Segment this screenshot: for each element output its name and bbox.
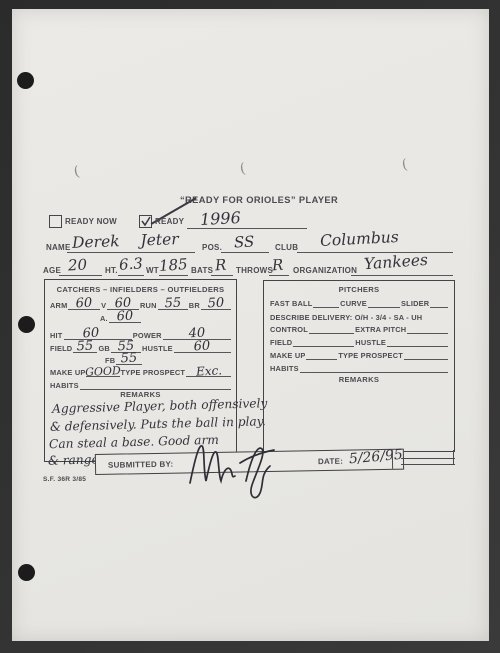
curve-field — [368, 297, 400, 308]
stray-mark-center: ( — [239, 161, 247, 178]
habits-label: HABITS — [50, 381, 79, 390]
slider-field — [430, 297, 448, 308]
control-label: CONTROL — [270, 325, 308, 334]
age-value: 20 — [68, 256, 88, 275]
accuracy-value: 60 — [116, 309, 133, 325]
pitcher-prospect-field — [404, 349, 448, 360]
position-box-title: CATCHERS – INFIELDERS – OUTFIELDERS — [45, 285, 236, 294]
run-field: 55 — [158, 299, 188, 310]
br-label: BR — [189, 301, 200, 310]
organization-value: Yankees — [363, 251, 428, 273]
scanned-form-page: ( ( ( “READY FOR ORIOLES” PLAYER READY N… — [12, 9, 489, 641]
form-number: S.F. 36R 3/85 — [43, 476, 86, 483]
club-value: Columbus — [320, 228, 400, 250]
throws-label: THROWS — [236, 266, 273, 275]
makeup-value: GOOD — [85, 364, 121, 379]
pitcher-field-label: FIELD — [270, 338, 292, 347]
power-label: POWER — [133, 331, 162, 340]
form-title: “READY FOR ORIOLES” PLAYER — [180, 195, 338, 205]
check-mark-icon — [139, 214, 153, 228]
arm-field: 60 — [68, 299, 100, 310]
pitcher-prospect-label: TYPE PROSPECT — [338, 351, 403, 360]
arm-label: ARM — [50, 301, 67, 310]
stray-mark-right: ( — [401, 157, 409, 174]
ready-now-label: READY NOW — [65, 217, 117, 226]
throws-value: R — [271, 256, 284, 275]
field-field: 55 — [73, 342, 97, 353]
ht-label: HT. — [105, 266, 118, 275]
pitchers-box: PITCHERS FAST BALL CURVE SLIDER DESCRIBE… — [263, 280, 455, 452]
br-value: 50 — [207, 296, 224, 312]
velocity-label: V — [101, 301, 106, 310]
hole-punch-top — [17, 72, 34, 89]
organization-label: ORGANIZATION — [293, 266, 357, 275]
name-value: Derek Jeter — [72, 230, 179, 252]
pitcher-makeup-label: MAKE UP — [270, 351, 305, 360]
remarks-line-1: Aggressive Player, both offensively — [52, 396, 268, 416]
fastball-field — [313, 297, 339, 308]
extra-pitch-field — [407, 323, 448, 334]
wt-value: 185 — [158, 255, 188, 275]
arm-value: 60 — [76, 296, 93, 312]
makeup-label: MAKE UP — [50, 368, 85, 377]
delivery-label: DESCRIBE DELIVERY: O/H - 3/4 - SA - UH — [270, 313, 422, 322]
hustle-value: 60 — [194, 339, 211, 355]
makeup-field: GOOD — [86, 366, 119, 377]
bats-label: BATS — [191, 266, 213, 275]
pitcher-makeup-field — [306, 349, 337, 360]
pitcher-habits-label: HABITS — [270, 364, 299, 373]
prospect-field: Exc. — [186, 366, 231, 377]
hole-punch-bottom — [18, 564, 35, 581]
bar-extension-line-bottom — [401, 464, 455, 465]
fastball-label: FAST BALL — [270, 299, 312, 308]
br-field: 50 — [201, 299, 231, 310]
remarks-line-2: & defensively. Puts the ball in play. — [50, 414, 266, 434]
pitchers-box-title: PITCHERS — [264, 285, 454, 294]
hit-label: HIT — [50, 331, 63, 340]
field-label: FIELD — [50, 344, 72, 353]
date-label: DATE: — [318, 457, 343, 466]
hole-punch-middle — [18, 316, 35, 333]
hustle-label: HUSTLE — [142, 344, 173, 353]
position-players-box: CATCHERS – INFIELDERS – OUTFIELDERS ARM … — [44, 279, 237, 462]
ready-year-value: 1996 — [200, 208, 242, 229]
run-value: 55 — [164, 296, 181, 312]
hustle-field: 60 — [174, 342, 231, 353]
pitcher-field-field — [293, 336, 354, 347]
submitted-by-label: SUBMITTED BY: — [108, 460, 173, 470]
accuracy-field: 60 — [109, 312, 141, 323]
pitcher-hustle-field — [387, 336, 448, 347]
run-label: RUN — [140, 301, 157, 310]
pitchers-remarks-label: REMARKS — [264, 375, 454, 384]
stray-mark-left: ( — [72, 164, 81, 181]
curve-label: CURVE — [340, 299, 367, 308]
ready-label: READY — [155, 217, 184, 226]
date-value: 5/26/95 — [348, 447, 403, 468]
slider-label: SLIDER — [401, 299, 429, 308]
bar-extension-vline — [453, 450, 454, 465]
accuracy-label: A. — [100, 314, 108, 323]
pos-value: SS — [234, 232, 255, 251]
prospect-value: Exc. — [195, 363, 222, 378]
club-label: CLUB — [275, 243, 298, 252]
prospect-label: TYPE PROSPECT — [121, 368, 186, 377]
extra-pitch-label: EXTRA PITCH — [355, 325, 406, 334]
wt-label: WT — [146, 266, 159, 275]
pitcher-habits-field — [300, 362, 448, 373]
ht-value: 6.3 — [118, 254, 143, 274]
field-value: 55 — [77, 339, 94, 355]
control-field — [309, 323, 354, 334]
gb-label: GB — [98, 344, 110, 353]
pos-label: POS. — [202, 243, 222, 252]
ready-now-checkbox — [49, 215, 62, 228]
bar-extension-line-top — [401, 458, 455, 459]
scout-signature — [188, 439, 300, 503]
pitcher-hustle-label: HUSTLE — [355, 338, 386, 347]
habits-field — [80, 379, 231, 390]
bats-value: R — [214, 256, 227, 275]
